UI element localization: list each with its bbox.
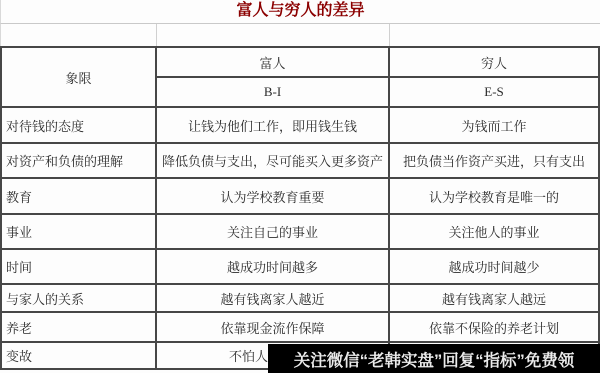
rich-cell: 越成功时间越多 bbox=[157, 250, 390, 285]
poor-cell: 越有钱离家人越远 bbox=[390, 285, 600, 313]
row-label: 教育 bbox=[2, 179, 157, 215]
row-label: 时间 bbox=[2, 250, 157, 285]
row-label: 与家人的关系 bbox=[2, 285, 157, 313]
page-title: 富人与穷人的差异 bbox=[0, 0, 600, 23]
row-label: 变故 bbox=[2, 343, 157, 370]
poor-cell: 越成功时间越少 bbox=[390, 250, 600, 285]
rich-cell: 认为学校教育重要 bbox=[157, 179, 390, 215]
column-subheader-poor-quadrant: E-S bbox=[390, 78, 600, 108]
table-row: 对资产和负债的理解 降低负债与支出，尽可能买入更多资产 把负债当作资产买进，只有… bbox=[2, 144, 600, 179]
rich-cell: 降低负债与支出，尽可能买入更多资产 bbox=[157, 144, 390, 179]
rich-cell: 关注自己的事业 bbox=[157, 215, 390, 250]
empty-grid-cell bbox=[157, 24, 390, 46]
empty-grid-cell bbox=[1, 24, 157, 46]
empty-grid-row bbox=[0, 23, 600, 46]
poor-cell: 依靠不保险的养老计划 bbox=[390, 313, 600, 343]
wechat-promo-banner: 关注微信“老韩实盘”回复“指标”免费领 bbox=[268, 344, 600, 373]
rich-cell: 越有钱离家人越近 bbox=[157, 285, 390, 313]
column-header-poor: 穷人 bbox=[390, 48, 600, 78]
poor-cell: 为钱而工作 bbox=[390, 108, 600, 144]
row-label: 养老 bbox=[2, 313, 157, 343]
corner-header-quadrant: 象限 bbox=[2, 48, 157, 108]
wechat-promo-text: 关注微信“老韩实盘”回复“指标”免费领 bbox=[294, 347, 575, 371]
table-row: 时间 越成功时间越多 越成功时间越少 bbox=[2, 250, 600, 285]
spreadsheet-screenshot: 富人与穷人的差异 象限 富人 穷人 B-I E-S 对待钱的态度 让钱为他们工作… bbox=[0, 0, 600, 373]
column-header-rich: 富人 bbox=[157, 48, 390, 78]
table-row: 事业 关注自己的事业 关注他人的事业 bbox=[2, 215, 600, 250]
table-header: 象限 富人 穷人 B-I E-S bbox=[2, 48, 600, 108]
row-label: 对待钱的态度 bbox=[2, 108, 157, 144]
table-row: 对待钱的态度 让钱为他们工作，即用钱生钱 为钱而工作 bbox=[2, 108, 600, 144]
row-label: 事业 bbox=[2, 215, 157, 250]
column-subheader-rich-quadrant: B-I bbox=[157, 78, 390, 108]
comparison-table: 象限 富人 穷人 B-I E-S 对待钱的态度 让钱为他们工作，即用钱生钱 为钱… bbox=[0, 46, 600, 370]
empty-grid-cell bbox=[390, 24, 600, 46]
rich-cell: 依靠现金流作保障 bbox=[157, 313, 390, 343]
poor-cell: 把负债当作资产买进，只有支出 bbox=[390, 144, 600, 179]
table-row: 教育 认为学校教育重要 认为学校教育是唯一的 bbox=[2, 179, 600, 215]
table-row: 与家人的关系 越有钱离家人越近 越有钱离家人越远 bbox=[2, 285, 600, 313]
row-label: 对资产和负债的理解 bbox=[2, 144, 157, 179]
rich-cell: 让钱为他们工作，即用钱生钱 bbox=[157, 108, 390, 144]
table-row: 养老 依靠现金流作保障 依靠不保险的养老计划 bbox=[2, 313, 600, 343]
poor-cell: 认为学校教育是唯一的 bbox=[390, 179, 600, 215]
poor-cell: 关注他人的事业 bbox=[390, 215, 600, 250]
